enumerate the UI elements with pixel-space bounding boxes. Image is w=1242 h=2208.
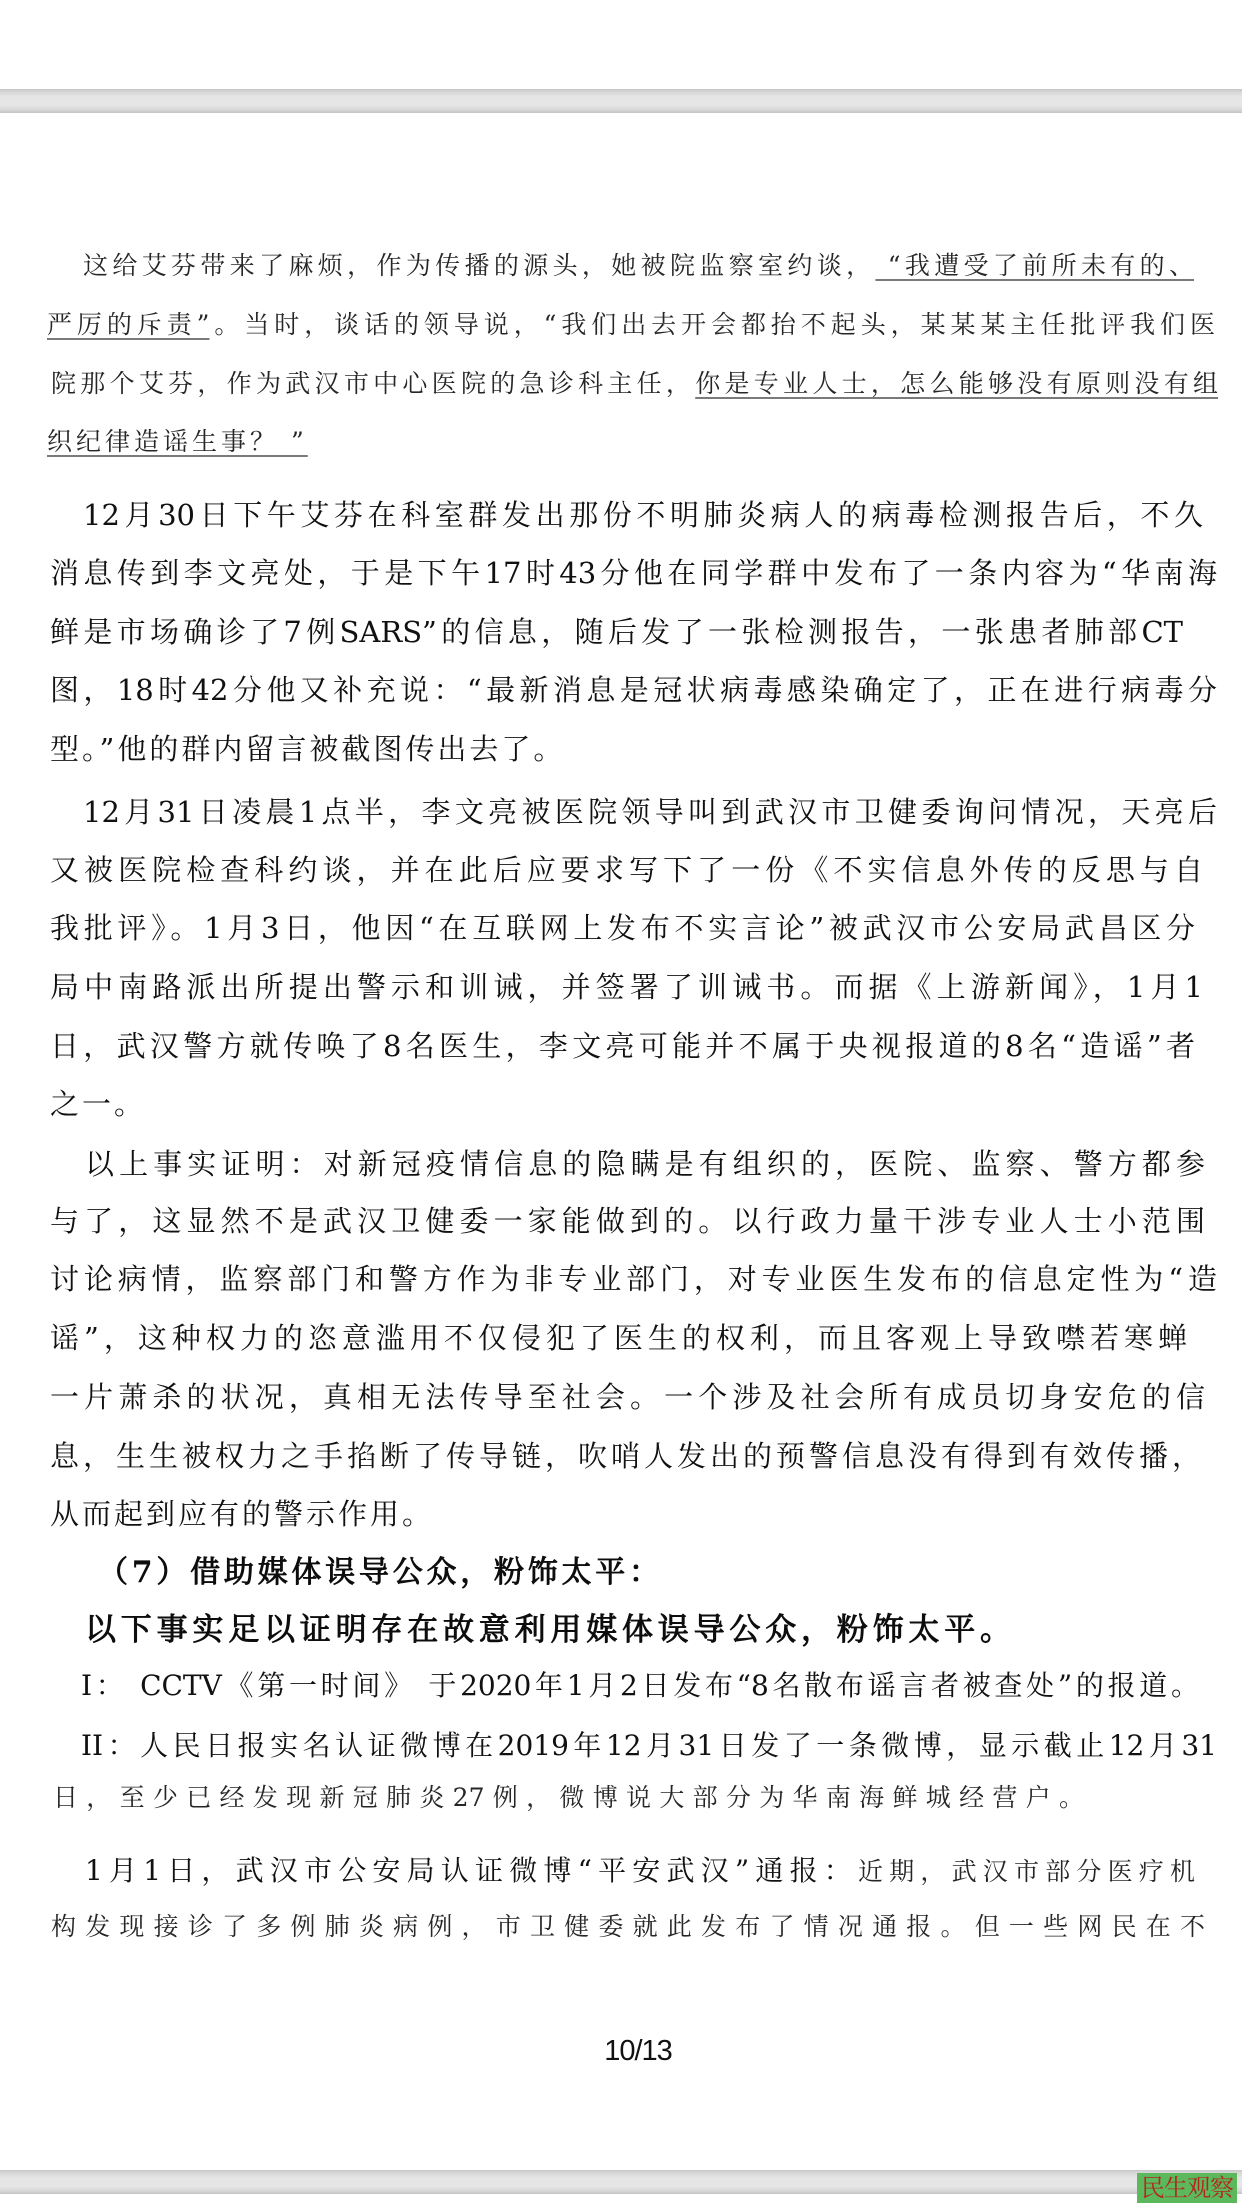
paragraph-line: 织纪律造谣生事？ ” — [47, 422, 308, 462]
paragraph-line: 又被医院检查科约谈，并在此后应要求写下了一份《不实信息外传的反思与自 — [50, 850, 1203, 890]
text-segment: 近期，武汉市部分医疗机 — [858, 1857, 1195, 1886]
list-item-1: I： CCTV《第一时间》 于2020年1月2日发布“8名散布谣言者被查处”的报… — [81, 1666, 1199, 1706]
paragraph-line: 我批评》。1月3日，他因“在互联网上发布不实言论”被武汉市公安局武昌区分 — [50, 908, 1195, 948]
paragraph-line: 息，生生被权力之手掐断了传导链，吹哨人发出的预警信息没有得到有效传播， — [50, 1436, 1201, 1476]
paragraph-line: 一片萧杀的状况，真相无法传导至社会。一个涉及社会所有成员切身安危的信 — [50, 1377, 1205, 1417]
paragraph-line: 1月1日，武汉市公安局认证微博“平安武汉”通报：近期，武汉市部分医疗机 — [85, 1851, 1195, 1891]
list-item-2-continuation: 日，至少已经发现新冠肺炎27例，微博说大部分为华南海鲜城经营户。 — [53, 1778, 1084, 1818]
paragraph-line: 12月31日凌晨1点半，李文亮被医院领导叫到武汉市卫健委询问情况，天亮后 — [83, 792, 1217, 832]
page-separator-bottom — [0, 2170, 1242, 2194]
paragraph-line: 讨论病情，监察部门和警方作为非专业部门，对专业医生发布的信息定性为“造 — [50, 1259, 1217, 1299]
underlined-quote: 你是专业人士，怎么能够没有原则没有组 — [695, 369, 1218, 398]
paragraph-line: 型。”他的群内留言被截图传出去了。 — [50, 729, 565, 769]
paragraph-line: 谣”，这种权力的恣意滥用不仅侵犯了医生的权利，而且客观上导致噤若寒蝉 — [50, 1318, 1187, 1358]
text-segment: 构发现接诊了多例肺炎病例，市卫健委就此发布了情况通报。但一些网民在不 — [51, 1912, 1205, 1941]
page-indicator: 10/13 — [596, 2031, 680, 2071]
underlined-quote: 织纪律造谣生事？ ” — [47, 427, 308, 456]
paragraph-line: 从而起到应有的警示作用。 — [50, 1494, 434, 1534]
text-segment-emphasis: 1月1日，武汉市公安局认证微博“平安武汉”通报： — [85, 1854, 858, 1887]
section-lead: 以下事实足以证明存在故意利用媒体误导公众，粉饰太平。 — [85, 1610, 1011, 1650]
page-separator-top — [0, 89, 1242, 113]
paragraph-line: 日，武汉警方就传唤了8名医生，李文亮可能并不属于央视报道的8名“造谣”者 — [50, 1026, 1195, 1066]
paragraph-line: 以上事实证明：对新冠疫情信息的隐瞒是有组织的，医院、监察、警方都参 — [85, 1144, 1205, 1184]
paragraph-line: 图，18时42分他又补充说：“最新消息是冠状病毒感染确定了，正在进行病毒分 — [50, 670, 1217, 710]
paragraph-line: 鲜是市场确诊了7例SARS”的信息，随后发了一张检测报告，一张患者肺部CT — [50, 612, 1183, 652]
paragraph-line: 12月30日下午艾芬在科室群发出那份不明肺炎病人的病毒检测报告后，不久 — [83, 495, 1203, 535]
paragraph-line: 构发现接诊了多例肺炎病例，市卫健委就此发布了情况通报。但一些网民在不 — [51, 1907, 1205, 1947]
list-item-2: II：人民日报实名认证微博在2019年12月31日发了一条微博，显示截止12月3… — [81, 1726, 1217, 1766]
paragraph-line: 这给艾芬带来了麻烦，作为传播的源头，她被院监察室约谈， “我遭受了前所未有的、 — [83, 246, 1194, 286]
section-heading: （7）借助媒体误导公众，粉饰太平： — [98, 1553, 659, 1593]
paragraph-line: 院那个艾芬，作为武汉市中心医院的急诊科主任，你是专业人士，怎么能够没有原则没有组 — [51, 364, 1218, 404]
text-segment: 。当时，谈话的领导说，“我们出去开会都抬不起头，某某某主任批评我们医 — [209, 310, 1215, 339]
watermark-badge: 民生观察 — [1137, 2173, 1237, 2203]
text-segment: 院那个艾芬，作为武汉市中心医院的急诊科主任， — [51, 369, 695, 398]
paragraph-line: 与了，这显然不是武汉卫健委一家能做到的。以行政力量干涉专业人士小范围 — [50, 1201, 1205, 1241]
underlined-quote: “我遭受了前所未有的、 — [875, 251, 1194, 280]
paragraph-line: 之一。 — [50, 1084, 146, 1124]
paragraph-line: 消息传到李文亮处，于是下午17时43分他在同学群中发布了一条内容为“华南海 — [50, 553, 1217, 593]
paragraph-line: 局中南路派出所提出警示和训诫，并签署了训诫书。而据《上游新闻》，1月1 — [50, 967, 1203, 1007]
text-segment: 这给艾芬带来了麻烦，作为传播的源头，她被院监察室约谈， — [83, 251, 875, 280]
underlined-quote: 严厉的斥责” — [47, 310, 209, 339]
paragraph-line: 严厉的斥责”。当时，谈话的领导说，“我们出去开会都抬不起头，某某某主任批评我们医 — [47, 305, 1215, 345]
